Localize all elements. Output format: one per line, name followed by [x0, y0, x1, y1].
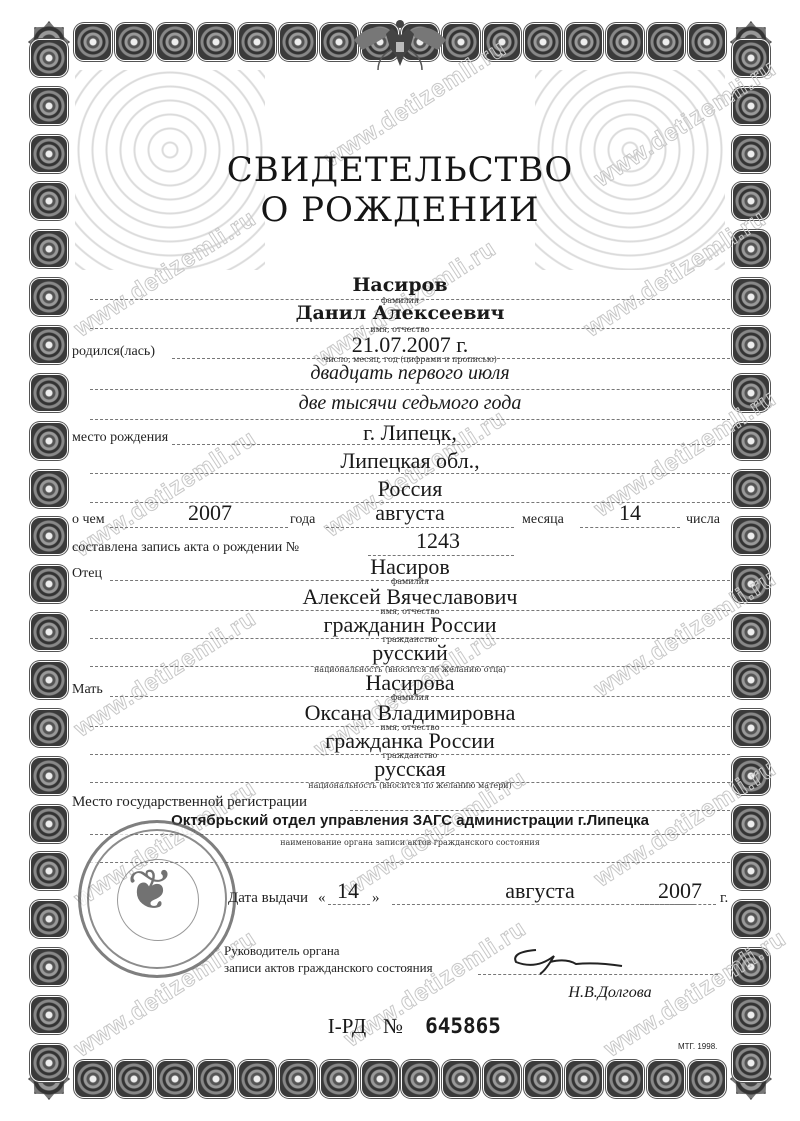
issue-year: 2007	[640, 878, 720, 904]
document-title: СВИДЕТЕЛЬСТВО	[0, 150, 800, 190]
official-stamp: ❦	[78, 820, 236, 978]
mother-nationality: русская	[210, 756, 610, 782]
father-label: Отец	[72, 566, 102, 582]
birthplace-label: место рождения	[72, 430, 168, 446]
issue-open-quote: «	[318, 890, 326, 907]
record-day: 14	[590, 500, 670, 526]
birthplace-city: г. Липецк,	[230, 420, 590, 446]
head-name: Н.В.Долгова	[540, 984, 680, 1002]
born-label: родился(лась)	[72, 344, 155, 360]
issue-month: августа	[440, 878, 640, 904]
caption-mother-nationality: национальность (вносится по желанию мате…	[210, 781, 610, 790]
month-label: месяца	[522, 512, 564, 528]
registration-office: Октябрьский отдел управления ЗАГС админи…	[110, 812, 710, 829]
birthplace-region: Липецкая обл.,	[230, 448, 590, 474]
issue-close-quote: »	[372, 890, 380, 907]
birthplace-country: Россия	[230, 476, 590, 502]
child-surname: Насиров	[180, 274, 620, 296]
birth-date-words-1: двадцать первого июля	[200, 362, 620, 385]
birth-date-words-2: две тысячи седьмого года	[200, 392, 620, 415]
head-label-line2: записи актов гражданского состояния	[224, 960, 433, 976]
child-name-patronymic: Данил Алексеевич	[180, 302, 620, 324]
year-label: года	[290, 512, 315, 528]
registration-place-label: Место государственной регистрации	[72, 794, 307, 811]
about-label: о чем	[72, 512, 105, 528]
issue-date-label: Дата выдачи	[228, 890, 308, 907]
border-bottom	[28, 1058, 772, 1100]
record-year: 2007	[140, 500, 280, 526]
day-label: числа	[686, 512, 720, 528]
act-number: 1243	[378, 528, 498, 554]
document-subtitle: О РОЖДЕНИИ	[0, 190, 800, 230]
record-month: августа	[340, 500, 480, 526]
printer-mark: МТГ. 1998.	[678, 1042, 717, 1051]
coat-of-arms-icon	[352, 10, 448, 72]
head-label-line1: Руководитель органа	[224, 943, 340, 959]
caption-registration-office: наименование органа записи актов граждан…	[210, 838, 610, 847]
issue-day: 14	[328, 878, 368, 904]
issue-year-suffix: г.	[720, 890, 728, 907]
number-sign: №	[378, 1014, 408, 1039]
serial-number: 645865	[408, 1014, 518, 1038]
series-label: I-РД	[312, 1014, 382, 1039]
father-nationality: русский	[210, 640, 610, 666]
stamp-eagle-icon: ❦	[127, 863, 174, 919]
signature	[506, 940, 626, 980]
mother-label: Мать	[72, 682, 103, 698]
